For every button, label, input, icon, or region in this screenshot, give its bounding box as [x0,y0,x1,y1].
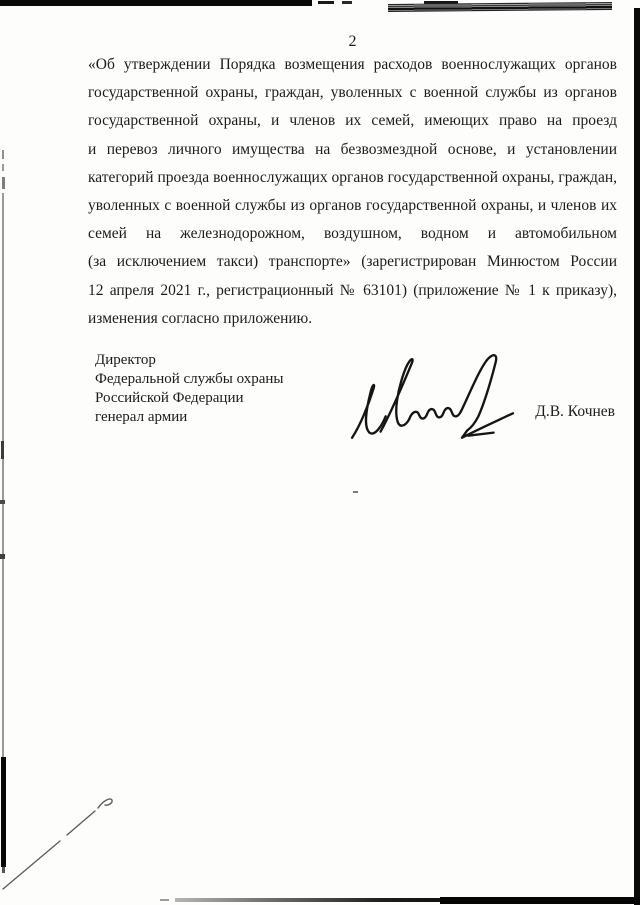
signer-title-line: Директор [95,351,283,370]
scan-artifact-left-dash [2,150,4,159]
paragraph-line: государственной охраны, граждан, уволенн… [88,79,617,107]
paragraph-line: 12 апреля 2021 г., регистрационный № 631… [88,277,617,305]
scan-artifact-top-dash [318,1,334,4]
scan-artifact-top-dash [342,1,352,4]
scan-artifact-left-line [1,441,4,459]
page-number: 2 [88,33,617,51]
paragraph-line: уволенных с военной службы из органов го… [88,192,617,220]
signer-title-line: Федеральной службы охраны [95,370,283,389]
scan-artifact-left-edge [1,757,6,867]
scan-artifact-left-tick [0,554,5,559]
scan-artifact-top-dash [424,1,458,5]
scan-artifact-left-edge [2,867,5,873]
scan-artifact-left-tick [0,500,5,504]
paragraph-line: категорий проезда военнослужащих органов… [88,164,617,192]
scanned-document-page: 2 «Об утверждении Порядка возмещения рас… [0,0,640,905]
decree-paragraph: «Об утверждении Порядка возмещения расхо… [88,51,617,333]
scan-artifact-left-dash [2,177,5,189]
scan-artifact-speck [353,491,358,493]
scan-artifact-top-edge [0,0,312,6]
scan-artifact-bottom-edge [440,897,640,904]
scan-artifact-right-edge [634,8,640,905]
paragraph-line: «Об утверждении Порядка возмещения расхо… [88,51,617,79]
scan-artifact-bottom-dash [160,899,169,901]
signer-title-block: ДиректорФедеральной службы охраныРоссийс… [95,351,283,427]
paragraph-line: семей на железнодорожном, воздушном, вод… [88,220,617,248]
signer-title-line: генерал армии [95,408,283,427]
scan-artifact-bottom-edge [175,898,640,902]
paragraph-line: изменения согласно приложению. [88,305,617,333]
paragraph-line: и перевоз личного имущества на безвозмез… [88,136,617,164]
paragraph-line: государственной охраны, и членов их семе… [88,107,617,135]
scan-artifact-left-line [2,193,4,758]
scan-artifact-left-dash [2,164,4,171]
signer-name: Д.В. Кочнев [498,403,615,421]
scan-artifact-top-right-streak [388,2,612,12]
handwritten-signature-icon [348,352,516,442]
signer-title-line: Российской Федерации [95,389,283,408]
scan-artifact-scratch-line [0,775,130,897]
paragraph-line: (за исключением такси) транспорте» (заре… [88,248,617,276]
